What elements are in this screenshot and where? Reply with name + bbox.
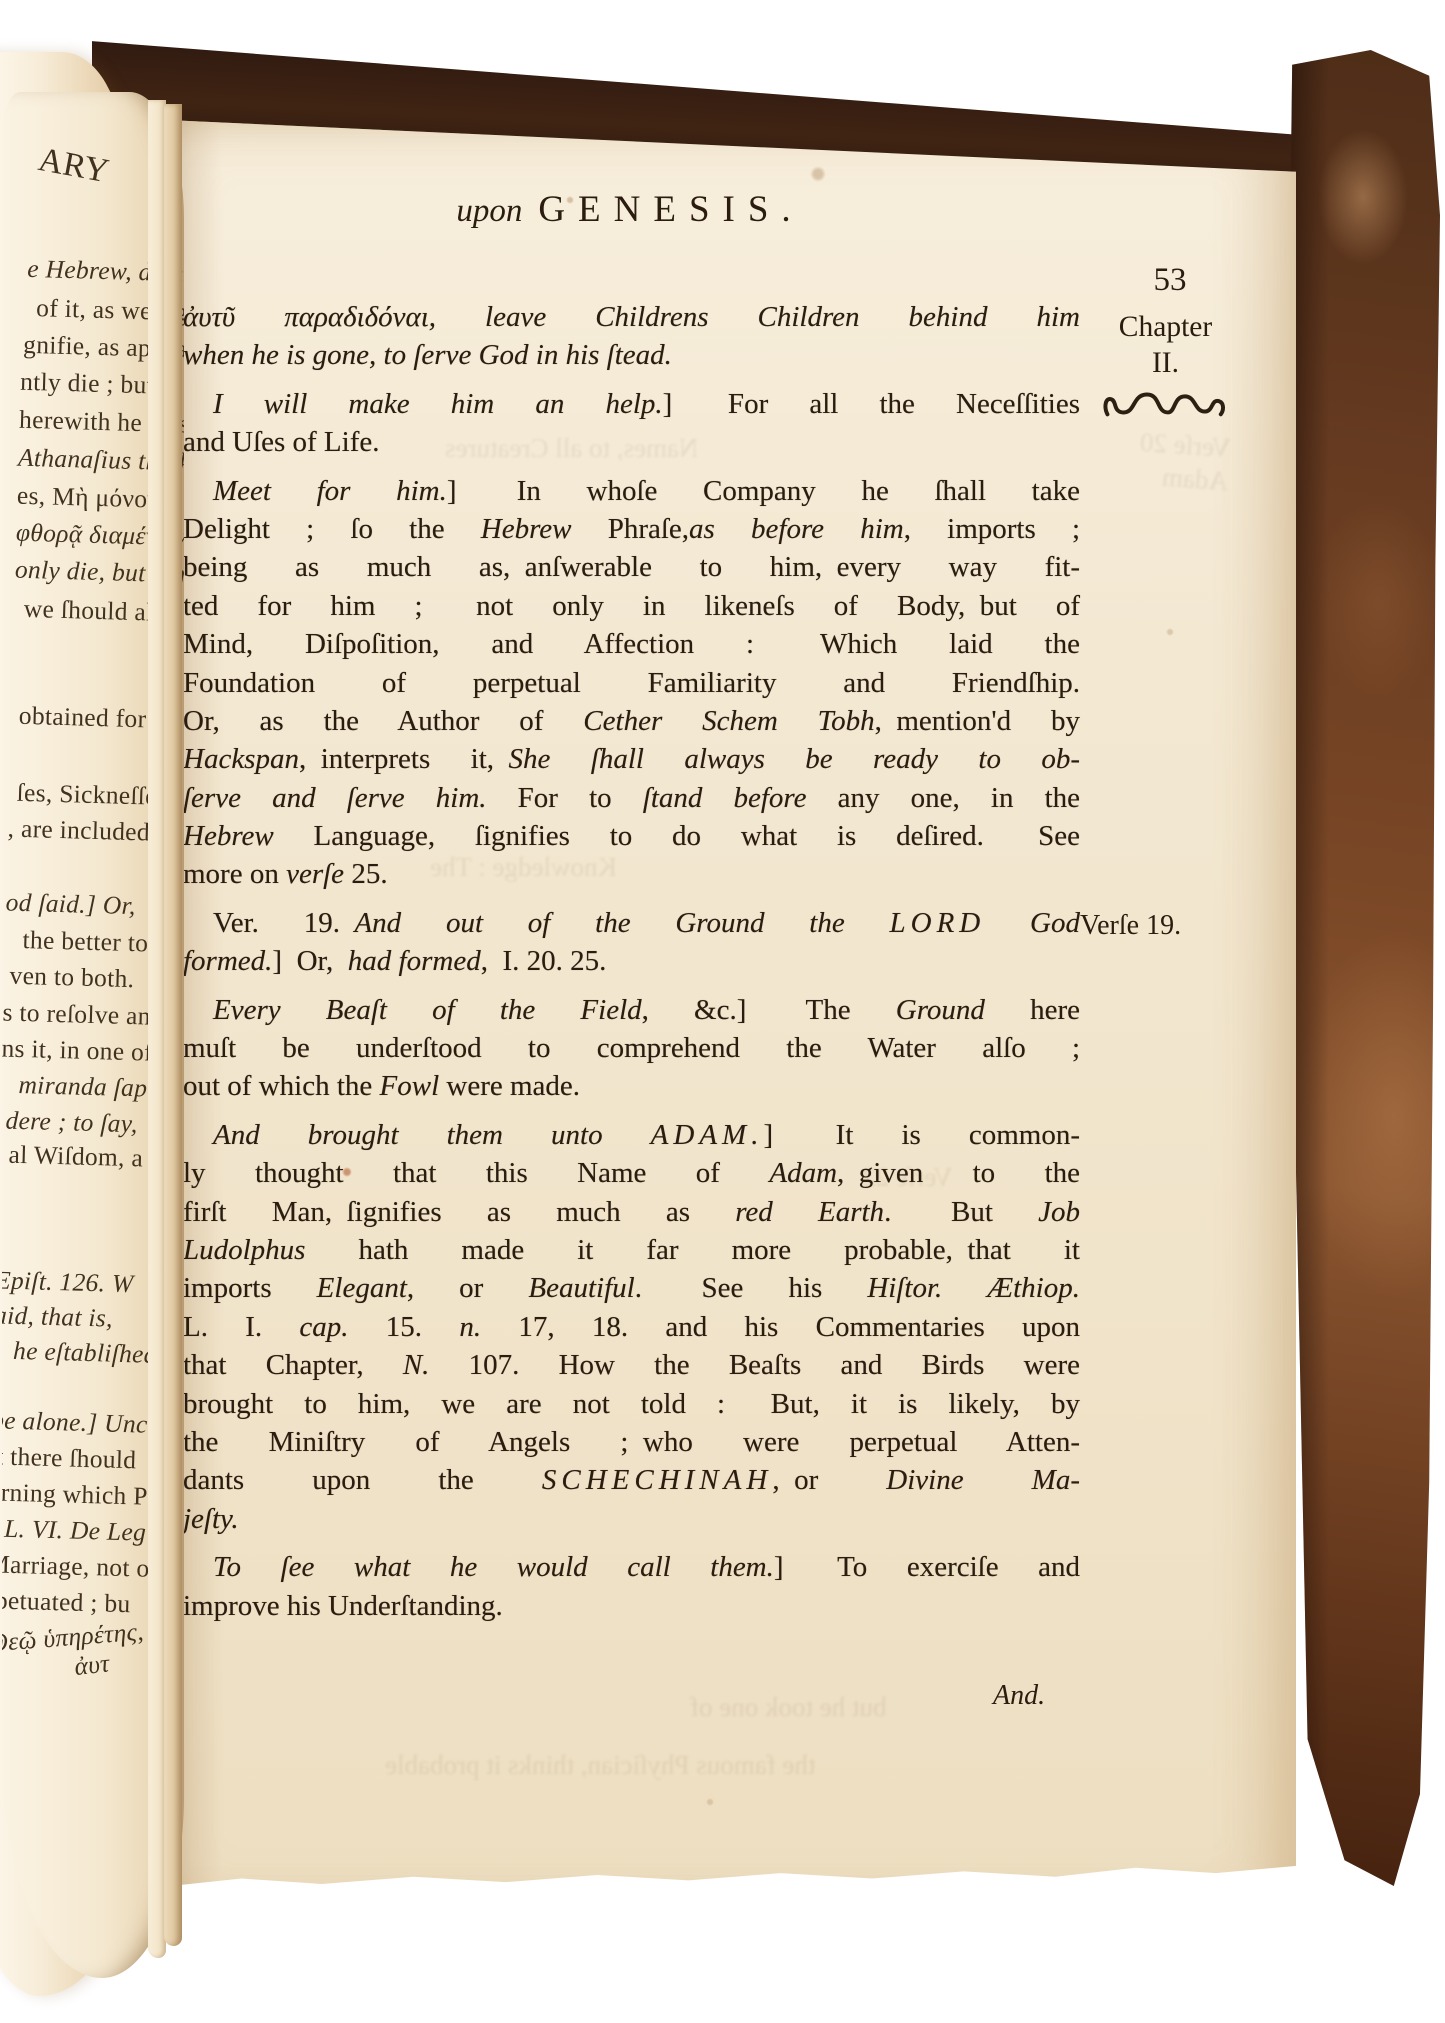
paragraph: Every Beaſt of the Field, &c.] The Groun… [183,991,1080,1106]
previous-page-text-fragment: miranda ſapi [18,1070,155,1104]
text-line: muſt be underſtood to comprehend the Wat… [183,1029,1080,1067]
text-line: Ludolphus hath made it far more probable… [183,1231,1080,1269]
running-head-upon: upon [456,193,522,229]
book-photograph: Verſe 20AdamNames, to all CreaturesKnowl… [0,0,1445,2023]
paragraph: I will make him an help.] For all the Ne… [183,385,1080,462]
text-line: that Chapter, N. 107. How the Beaſts and… [183,1346,1080,1384]
commentary-text: ἀυτῦ παραδιδόναι, leave Childrens Childr… [183,298,1080,1625]
text-line: Hackspan, interprets it, She ſhall alway… [183,740,1080,778]
previous-page-text-fragment: ns it, in one of [2,1033,153,1067]
text-line: firſt Man, ſignifies as much as red Eart… [183,1193,1080,1231]
text-line: To ſee what he would call them.] To exer… [183,1548,1080,1586]
text-line: Ver. 19. And out of the Ground the LORD … [183,904,1080,942]
text-line: Or, as the Author of Cether Schem Tobh, … [183,702,1080,740]
catchword: And. [993,1680,1045,1712]
previous-page-text-fragment: obtained for [18,701,146,735]
text-line: out of which the Fowl were made. [183,1067,1080,1105]
previous-page-text-fragment: es, Μὴ μόνον [17,481,160,515]
paragraph: ἀυτῦ παραδιδόναι, leave Childrens Childr… [183,298,1080,375]
page-edge-stack [164,104,182,1946]
previous-page-text-fragment: Marriage, not o [2,1549,150,1584]
margin-chapter-word: Chapter [1078,310,1253,344]
text-line: improve his Underſtanding. [183,1587,1080,1625]
paragraph: Ver. 19. And out of the Ground the LORD … [183,904,1080,981]
previous-page-text-fragment: be alone.] Unc [2,1405,148,1439]
paragraph: And brought them unto ADAM.] It is commo… [183,1116,1080,1538]
previous-page-text-fragment: we ſhould all [23,594,161,628]
text-line: Delight ; ſo the Hebrew Phraſe,as before… [183,510,1080,548]
margin-chapter-numeral: II. [1078,346,1253,380]
previous-page-text-fragment: the better to [22,925,148,958]
book-page: Verſe 20AdamNames, to all CreaturesKnowl… [150,112,1296,1922]
previous-page-text-fragment: erning which P [2,1477,148,1511]
text-line: I will make him an help.] For all the Ne… [183,385,1080,423]
previous-page-text-fragment: s to reſolve and [2,997,164,1031]
text-line: imports Elegant, or Beautiful. See his H… [183,1269,1080,1307]
running-head: uponGENESIS. [180,188,1080,231]
paragraph: Meet for him.] In whoſe Company he ſhall… [183,472,1080,894]
text-line: ſerve and ſerve him. For to ſtand before… [183,779,1080,817]
text-line: ἀυτῦ παραδιδόναι, leave Childrens Childr… [183,298,1080,336]
previous-page-text-fragment: aid, that is, [2,1300,113,1333]
text-line: ted for him ; not only in likeneſs of Bo… [183,587,1080,625]
text-line: more on verſe 25. [183,855,1080,893]
show-through-text: the famous Phyſician, thinks it probable [385,1750,815,1781]
previous-page-text-fragment: rpetuated ; bu [2,1585,131,1619]
previous-page-text-fragment: he eſtabliſhed [13,1336,157,1370]
text-line: Mind, Diſpoſition, and Affection : Which… [183,625,1080,663]
book-board-right-edge [1286,50,1440,1886]
page-number: 53 [1105,262,1235,299]
chapter-flourish-icon [1096,386,1236,420]
text-line: the Miniſtry of Angels ; who were perpet… [183,1423,1080,1461]
text-line: formed.] Or, had formed, I. 20. 25. [183,942,1080,980]
margin-note-verse: Verſe 19. [1080,910,1270,942]
show-through-text: but he took one of [690,1692,886,1723]
previous-page-text-fragment: t there ſhould [2,1441,137,1475]
text-line: jeſty. [183,1500,1080,1538]
margin-note-chapter: Chapter II. [1078,310,1253,420]
text-line: Foundation of perpetual Familiarity and … [183,664,1080,702]
text-line: dants upon the SCHECHINAH, or Divine Ma- [183,1461,1080,1499]
previous-page-text-fragment: ARY [35,141,112,191]
show-through-text: Verſe 20 [1139,427,1232,464]
previous-page-text-fragment: Epiſt. 126. W [2,1265,134,1299]
paragraph: To ſee what he would call them.] To exer… [183,1548,1080,1625]
previous-page-text-fragment: al Wiſdom, a [8,1140,143,1174]
text-line: Every Beaſt of the Field, &c.] The Groun… [183,991,1080,1029]
text-line: ly thought that this Name of Adam, given… [183,1154,1080,1192]
text-line: Hebrew Language, ſignifies to do what is… [183,817,1080,855]
text-line: and Uſes of Life. [183,423,1080,461]
text-line: Meet for him.] In whoſe Company he ſhall… [183,472,1080,510]
text-line: when he is gone, to ſerve God in his ſte… [183,336,1080,374]
text-line: And brought them unto ADAM.] It is commo… [183,1116,1080,1154]
text-line: being as much as, anſwerable to him, eve… [183,548,1080,586]
previous-page-text-fragment: dere ; to ſay, [5,1106,138,1140]
previous-page-text-fragment: od ſaid.] Or, [5,888,136,922]
text-line: L. I. cap. 15. n. 17, 18. and his Commen… [183,1308,1080,1346]
previous-page-text-fragment: ven to both. [9,961,135,994]
text-line: brought to him, we are not told : But, i… [183,1385,1080,1423]
previous-page-text-fragment: ἀυτ [73,1648,111,1682]
show-through-text: Adam [1161,462,1229,498]
previous-page-text-fragment: L. VI. De Leg [4,1514,147,1548]
running-head-title: GENESIS. [538,189,803,230]
